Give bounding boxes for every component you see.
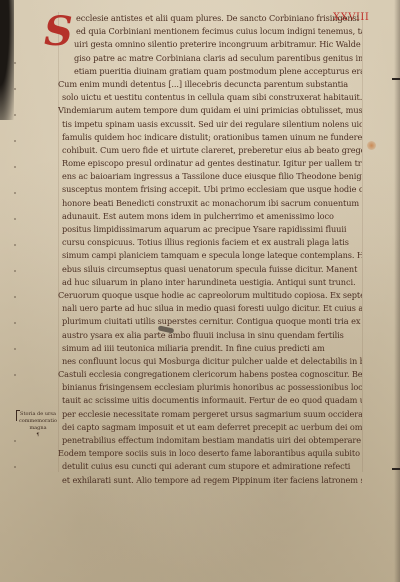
margin-note-line: magna [17,425,59,432]
page-edge [394,0,400,582]
pricking-mark [14,466,16,468]
text-line: dei capto sagmam imposuit et ut eam defe… [62,421,362,434]
main-text-column: ecclesie antistes et alii quam plures. D… [62,12,362,487]
text-line: giso patre ac matre Corbiniana claris ad… [62,52,362,65]
text-line: famulis quidem hoc indicare distulit; or… [62,131,362,144]
stain-mark [367,141,376,150]
ruling-line-right [362,12,363,472]
text-line: penetrabilius effectum indomitam bestiam… [62,434,362,447]
text-line: cursu conspicuus. Totius illius regionis… [62,236,362,249]
text-line: nali uero parte ad huc silua in medio qu… [62,302,362,315]
pricking-mark [14,62,16,64]
pricking-mark [14,440,16,442]
text-line: adunauit. Est autem mons idem in pulcher… [62,210,362,223]
text-line: binianus frisingensem ecclesiam plurimis… [62,381,362,394]
pricking-mark [14,296,16,298]
text-line: Eodem tempore sociis suis in loco desert… [58,447,362,460]
margin-note-line: ¶ [17,432,59,439]
pricking-mark [14,270,16,272]
text-line: nes confluunt locus qui Mosburga dicitur… [62,355,362,368]
text-line: Vindemiarum autem tempore dum quidam ei … [58,104,362,117]
text-line: etiam pueritia diuinam gratiam quam post… [62,65,362,78]
text-line: susceptus montem frising accepit. Ubi pr… [62,183,362,196]
text-line: honore beati Benedicti construxit ac mon… [62,197,362,210]
margin-note-line: Storia de ursa [17,411,59,418]
edge-mark [392,468,400,470]
text-line: uiri gesta omnino silentio preterire inc… [62,38,362,51]
text-line: ecclesie antistes et alii quam plures. D… [62,12,362,25]
text-line: ed quia Corbiniani mentionem fecimus cui… [62,25,362,38]
text-line: positus limpidissimarum aquarum ac preci… [62,223,362,236]
edge-mark [392,78,400,80]
text-line: et exhilarati sunt. Alio tempore ad rege… [62,474,362,487]
text-line: cohibuit. Cum uero fide et uirtute clare… [62,144,362,157]
pricking-mark [14,192,16,194]
text-line: simum campi planiciem tamquam e specula … [62,249,362,262]
text-line: detulit cuius esu cuncti qui aderant cum… [62,460,362,473]
text-line: plurimum ciuitati utilis superstes cerni… [62,315,362,328]
pricking-mark [14,88,16,90]
text-line: ebus siluis circumseptus quasi uenatorum… [62,263,362,276]
binding-shadow [0,0,14,120]
text-line: ad huc siluarum in plano inter harundine… [62,276,362,289]
text-line: per ecclesie necessitate romam pergeret … [62,408,362,421]
pricking-mark [14,348,16,350]
pricking-mark [14,218,16,220]
text-line: ens ac baioariam ingressus a Tassilone d… [62,170,362,183]
pricking-mark [14,166,16,168]
text-line: Rome episcopo presul ordinatur ad gentes… [62,157,362,170]
text-line: Castuli ecclesia congregationem clericor… [58,368,362,381]
text-line: Ceruorum quoque usque hodie ac capreolor… [58,289,362,302]
pricking-mark [14,374,16,376]
manuscript-page: S XXVIII ecclesie antistes et alii quam … [0,0,400,582]
text-line: tis impetu spinam uasis excussit. Sed ui… [62,118,362,131]
text-line: Cum enim mundi detentus [...] illecebris… [58,78,362,91]
pricking-mark [14,322,16,324]
text-line: austro ysara ex alia parte ambo fluuii i… [62,329,362,342]
pricking-mark [14,244,16,246]
margin-annotation: Storia de ursa commemoratio magna ¶ [17,411,59,439]
text-line: simum ad iiii teutonica miliaria prendit… [62,342,362,355]
margin-note-line: commemoratio [17,418,59,425]
pricking-mark [14,114,16,116]
text-line: tauit ac scissime uitis documentis infor… [62,394,362,407]
text-line: solo uictu et uestitu contentus in cellu… [62,91,362,104]
pricking-mark [14,140,16,142]
